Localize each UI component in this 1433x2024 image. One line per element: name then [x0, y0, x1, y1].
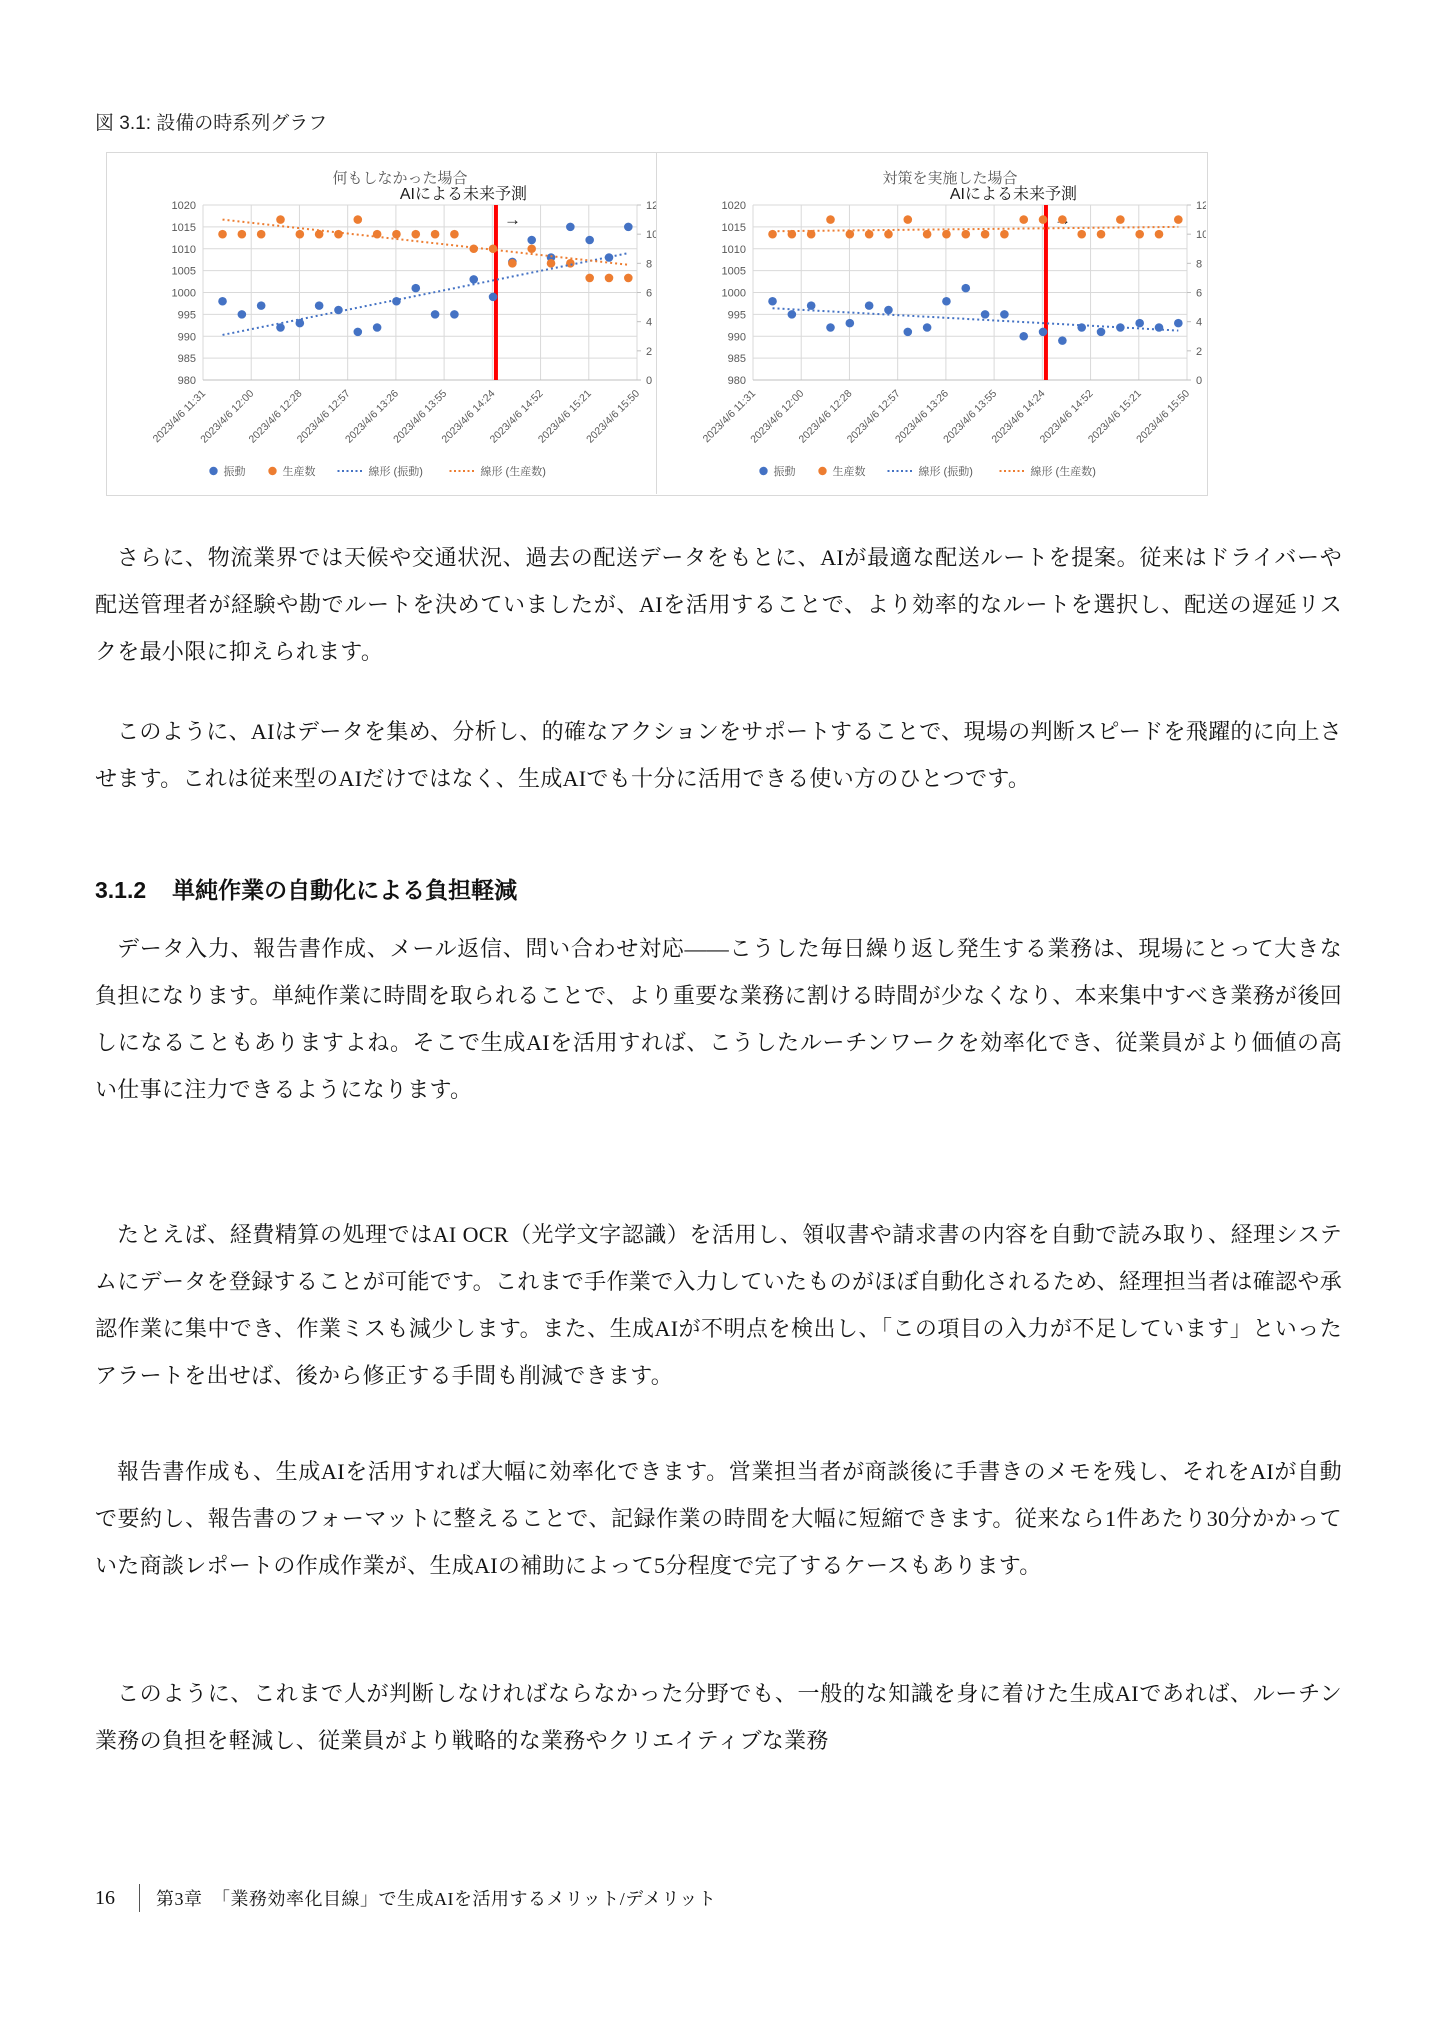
svg-text:10: 10 [646, 229, 656, 241]
svg-text:4: 4 [646, 317, 652, 329]
svg-text:線形 (生産数): 線形 (生産数) [1031, 464, 1096, 478]
section-heading: 3.1.2単純作業の自動化による負担軽減 [95, 872, 517, 905]
paragraph-logistics: さらに、物流業界では天候や交通状況、過去の配送データをもとに、AIが最適な配送ル… [95, 534, 1342, 675]
svg-text:生産数: 生産数 [283, 464, 316, 478]
svg-text:980: 980 [728, 375, 746, 387]
svg-text:1010: 1010 [172, 244, 196, 256]
svg-text:対策を実施した場合: 対策を実施した場合 [882, 170, 1017, 187]
svg-text:1020: 1020 [172, 200, 196, 212]
svg-text:10: 10 [1196, 229, 1206, 241]
svg-text:6: 6 [646, 288, 652, 300]
page-footer: 16 第3章 「業務効率化目線」で生成AIを活用するメリット/デメリット [95, 1884, 716, 1912]
svg-text:2: 2 [646, 346, 652, 358]
paragraph-ai-ocr: たとえば、経費精算の処理ではAI OCR（光学文字認識）を活用し、領収書や請求書… [95, 1211, 1342, 1399]
svg-text:1015: 1015 [722, 222, 746, 234]
svg-text:12: 12 [646, 200, 656, 212]
svg-text:985: 985 [728, 353, 746, 365]
svg-text:8: 8 [1196, 258, 1202, 270]
paragraph-routine-work: データ入力、報告書作成、メール返信、問い合わせ対応——こうした毎日繰り返し発生す… [95, 925, 1342, 1113]
timeseries-chart-with-action: 2023/4/6 11:312023/4/6 12:002023/4/6 12:… [657, 153, 1206, 494]
svg-text:990: 990 [728, 331, 746, 343]
section-title: 単純作業の自動化による負担軽減 [172, 877, 517, 903]
footer-chapter-title: 第3章 「業務効率化目線」で生成AIを活用するメリット/デメリット [156, 1885, 716, 1911]
svg-text:AIによる未来予測: AIによる未来予測 [400, 185, 527, 203]
svg-text:→: → [504, 210, 521, 229]
svg-text:何もしなかった場合: 何もしなかった場合 [332, 170, 467, 187]
section-number: 3.1.2 [95, 877, 146, 903]
svg-text:995: 995 [728, 309, 746, 321]
svg-text:振動: 振動 [774, 464, 796, 478]
svg-text:1000: 1000 [722, 288, 746, 300]
svg-text:線形 (振動): 線形 (振動) [369, 464, 423, 478]
svg-text:0: 0 [646, 375, 652, 387]
svg-text:12: 12 [1196, 200, 1206, 212]
figure-caption: 図 3.1: 設備の時系列グラフ [95, 108, 327, 135]
svg-text:1005: 1005 [172, 266, 196, 278]
paragraph-ai-support: このように、AIはデータを集め、分析し、的確なアクションをサポートすることで、現… [95, 708, 1342, 802]
svg-text:2: 2 [1196, 346, 1202, 358]
figure-3-1: 2023/4/6 11:312023/4/6 12:002023/4/6 12:… [106, 152, 1208, 496]
svg-text:AIによる未来予測: AIによる未来予測 [950, 185, 1077, 203]
svg-text:線形 (生産数): 線形 (生産数) [481, 464, 546, 478]
svg-text:生産数: 生産数 [833, 464, 866, 478]
svg-text:0: 0 [1196, 375, 1202, 387]
svg-text:振動: 振動 [224, 464, 246, 478]
svg-text:6: 6 [1196, 288, 1202, 300]
svg-text:980: 980 [178, 375, 196, 387]
svg-text:985: 985 [178, 353, 196, 365]
svg-text:1020: 1020 [722, 200, 746, 212]
svg-text:線形 (振動): 線形 (振動) [919, 464, 973, 478]
svg-text:1010: 1010 [722, 244, 746, 256]
svg-text:8: 8 [646, 258, 652, 270]
svg-text:995: 995 [178, 309, 196, 321]
svg-text:1015: 1015 [172, 222, 196, 234]
paragraph-reports: 報告書作成も、生成AIを活用すれば大幅に効率化できます。営業担当者が商談後に手書… [95, 1448, 1342, 1589]
svg-text:4: 4 [1196, 317, 1202, 329]
chart-panel-no-action: 2023/4/6 11:312023/4/6 12:002023/4/6 12:… [107, 153, 656, 494]
svg-text:1000: 1000 [172, 288, 196, 300]
page-number: 16 [95, 1887, 115, 1910]
chart-panel-with-action: 2023/4/6 11:312023/4/6 12:002023/4/6 12:… [657, 153, 1206, 494]
svg-text:1005: 1005 [722, 266, 746, 278]
svg-text:990: 990 [178, 331, 196, 343]
timeseries-chart-no-action: 2023/4/6 11:312023/4/6 12:002023/4/6 12:… [107, 153, 656, 494]
paragraph-conclusion: このように、これまで人が判断しなければならなかった分野でも、一般的な知識を身に着… [95, 1670, 1342, 1764]
footer-divider [139, 1884, 140, 1912]
